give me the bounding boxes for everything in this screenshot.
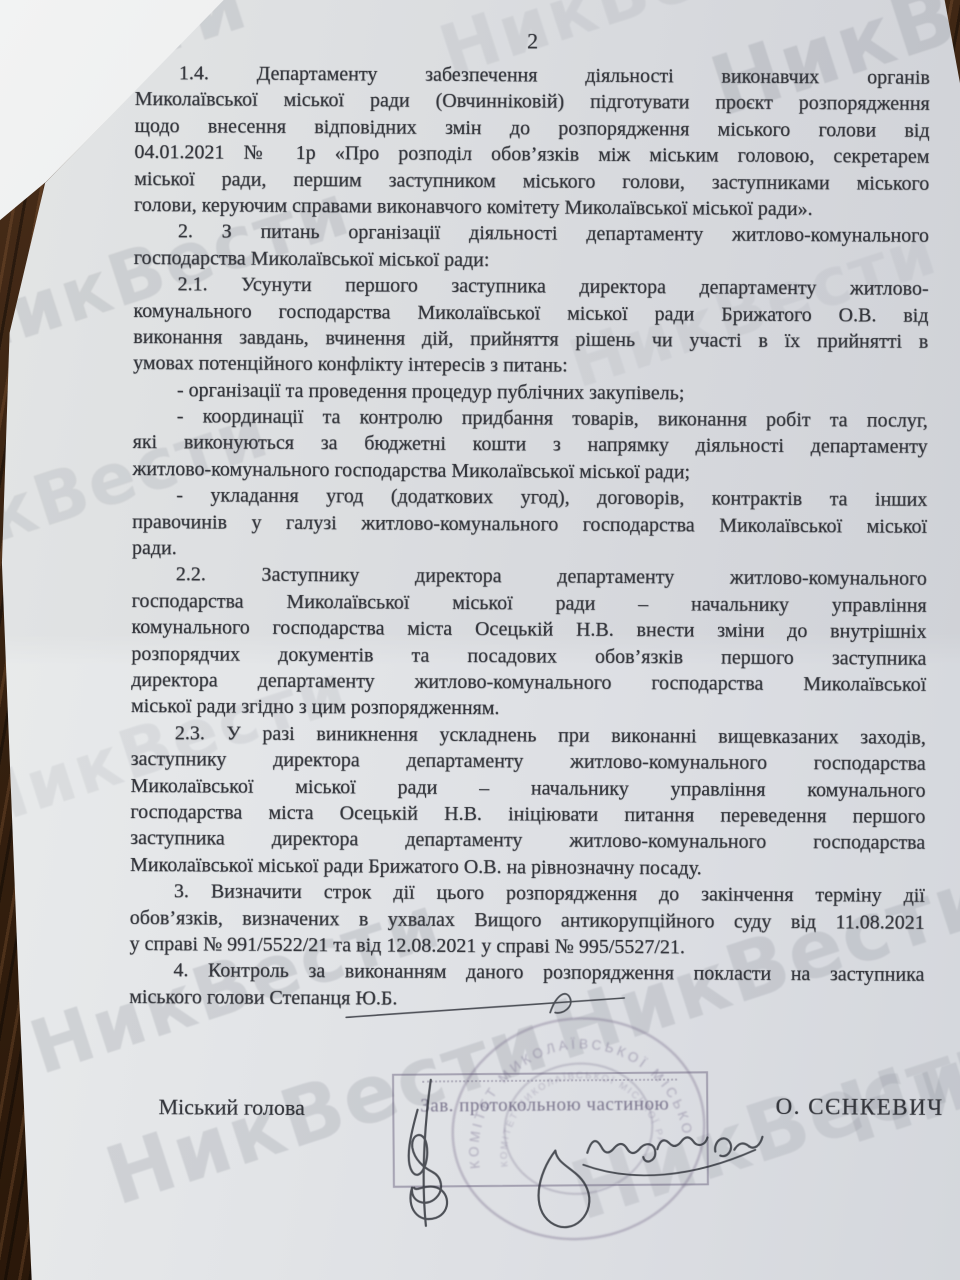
paragraph: - координації та контролю придбання това… — [132, 403, 927, 487]
page-number: 2 — [135, 26, 930, 57]
paragraph: 2.1. Усунути першого заступника директор… — [133, 271, 929, 381]
photo-of-document: { "watermark": { "text": "НикВести" }, "… — [0, 0, 960, 1280]
paragraph: - укладання угод (додаткових угод), дого… — [132, 482, 927, 566]
protocol-stamp-box: Зав. протокольною частиною — [392, 1071, 709, 1187]
document-content: 2 1.4. Департаменту забезпечення діяльно… — [0, 0, 960, 1280]
text-line: 2.1. Усунути першого заступника директор… — [134, 271, 929, 302]
signature-name-right: О. СЄНКЕВИЧ — [776, 1094, 944, 1121]
paragraph: 3. Визначити строк дії цього розпоряджен… — [130, 878, 925, 962]
signature-title-left: Міський голова — [159, 1094, 305, 1121]
paragraph: 1.4. Департаменту забезпечення діяльност… — [134, 60, 930, 223]
stamp-caption: Зав. протокольною частиною — [420, 1093, 690, 1117]
text-line: 3. Визначити строк дії цього розпоряджен… — [130, 878, 925, 909]
text-line: заступнику директора департаменту житлов… — [131, 746, 926, 777]
paragraph: 2.3. У разі виникнення ускладнень при ви… — [130, 720, 926, 883]
paragraph: 2. З питань організації діяльності депар… — [134, 218, 929, 276]
document-body: 1.4. Департаменту забезпечення діяльност… — [129, 60, 930, 1015]
paragraph: 2.2. Заступнику директора департаменту ж… — [131, 561, 927, 724]
text-line: правочинів у галузі житлово-комунального… — [132, 509, 927, 540]
stamp-dotted-row — [422, 1079, 677, 1083]
document-page: НикВестиНикВестиНикВестиНикВестиНикВести… — [0, 0, 960, 1280]
